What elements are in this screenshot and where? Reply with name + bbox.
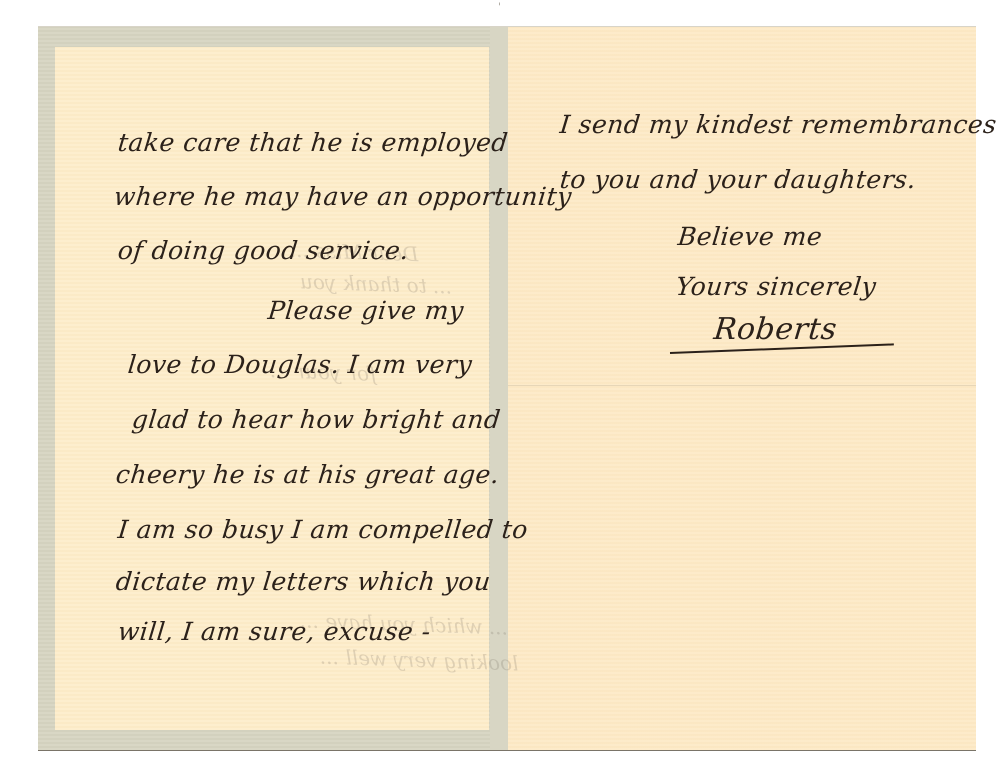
letter-line: love to Douglas. I am very [126,350,473,379]
scan-mark: ' [498,2,501,13]
letter-line: glad to hear how bright and [130,405,502,434]
letter-line: I am so busy I am compelled to [116,515,529,544]
letter-line: cheery he is at his great age. [114,460,500,489]
closing-line: Believe me [676,222,823,251]
letter-line: of doing good service. [116,236,410,265]
letter-line: dictate my letters which you [114,567,492,596]
letter-line: Please give my [266,296,465,325]
letter-line: take care that he is employed [116,128,509,157]
letter-line: where he may have an opportunity [112,182,573,211]
letter-line: I send my kindest remembrances [558,110,998,139]
horizontal-fold-line [508,385,976,386]
closing-line: Yours sincerely [674,272,877,301]
letter-line: to you and your daughters. [558,165,917,194]
signature: Roberts [712,312,839,347]
letter-line: will, I am sure, excuse - [116,617,432,646]
